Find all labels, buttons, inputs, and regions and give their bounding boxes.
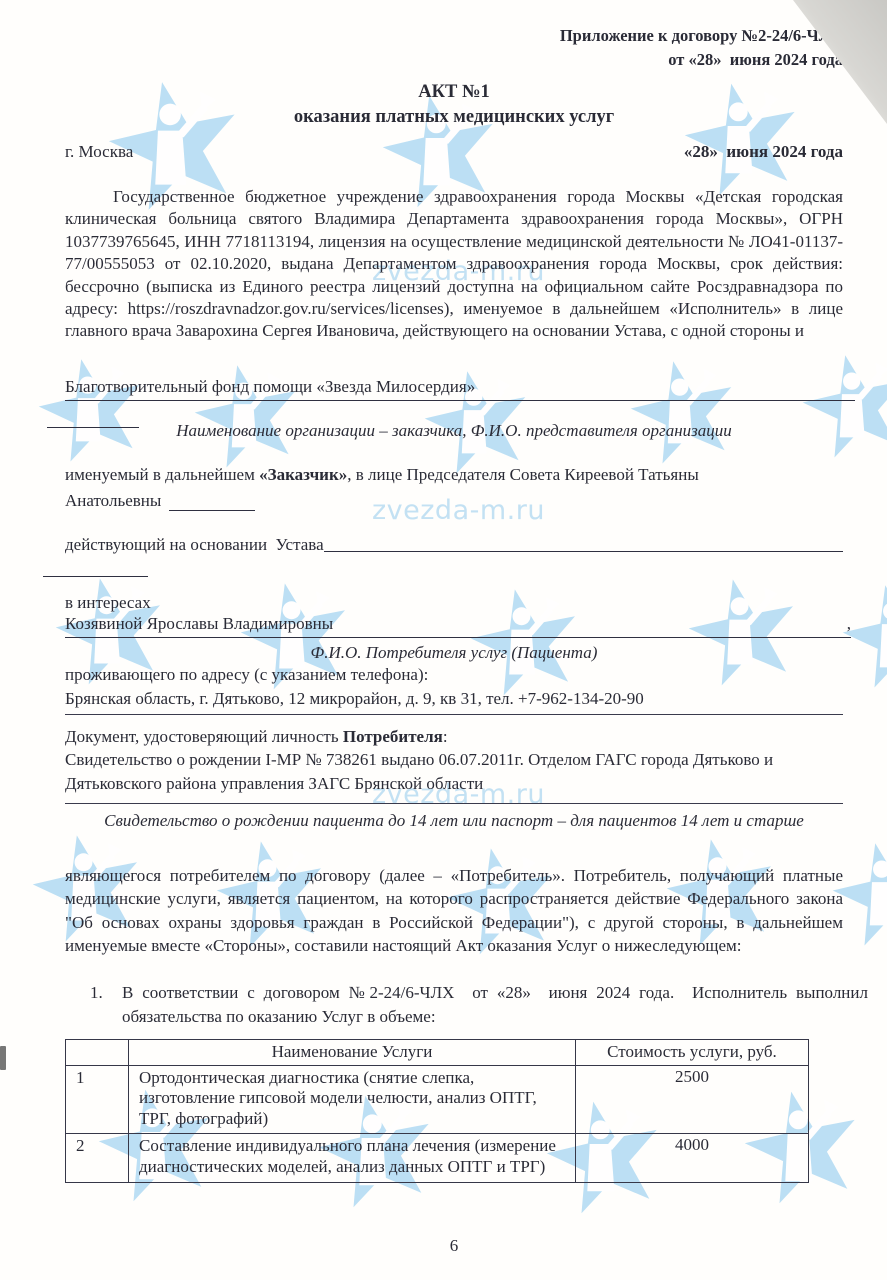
header-cell-price: Стоимость услуги, руб.	[576, 1040, 809, 1066]
blank-line	[43, 576, 148, 577]
table-row: 1 Ортодонтическая диагностика (снятие сл…	[66, 1065, 809, 1134]
divider-rule	[65, 714, 843, 715]
identity-heading-bold: Потребителя	[343, 727, 443, 746]
service-price: 2500	[576, 1065, 809, 1134]
city-date-row: г. Москва «28» июня 2024 года	[65, 142, 843, 162]
document-page: zvezda-m.ru zvezda-m.ru zvezda-m.ru Прил…	[0, 0, 887, 1280]
customer-named-prefix: именуемый в дальнейшем	[65, 465, 259, 484]
address-label: проживающего по адресу (с указанием теле…	[65, 665, 843, 685]
page-number: 6	[65, 1235, 843, 1257]
services-table: Наименование Услуги Стоимость услуги, ру…	[65, 1039, 809, 1183]
provider-paragraph: Государственное бюджетное учреждение здр…	[65, 186, 843, 343]
identity-heading: Документ, удостоверяющий личность Потреб…	[65, 727, 843, 747]
customer-named-line: именуемый в дальнейшем «Заказчик», в лиц…	[65, 462, 843, 514]
act-title-line2: оказания платных медицинских услуг	[65, 105, 843, 130]
basis-line: действующий на основании Устава	[65, 535, 843, 555]
act-item-1-text: В соответствии с договором №2-24/6-ЧЛХ о…	[122, 981, 868, 1029]
customer-org-line: Благотворительный фонд помощи «Звезда Ми…	[65, 377, 855, 401]
act-item-1: 1. В соответствии с договором №2-24/6-ЧЛ…	[65, 981, 868, 1029]
patient-name: Козявиной Ярославы Владимировны	[65, 614, 333, 634]
customer-representative: Анатольевны	[65, 488, 161, 514]
customer-org-caption: Наименование организации – заказчика, Ф.…	[65, 419, 843, 443]
appendix-line2: от «28» июня 2024 года	[65, 48, 843, 72]
customer-named-suffix: , в лице Председателя Совета Киреевой Та…	[347, 465, 698, 484]
customer-role: «Заказчик»	[259, 465, 347, 484]
patient-name-line: Козявиной Ярославы Владимировны ,	[65, 614, 851, 638]
basis-label: действующий на основании Устава	[65, 535, 324, 555]
identity-heading-prefix: Документ, удостоверяющий личность	[65, 727, 343, 746]
act-item-1-number: 1.	[90, 981, 122, 1029]
row-number: 1	[66, 1065, 129, 1134]
consumer-paragraph: являющегося потребителем по договору (да…	[65, 864, 843, 958]
appendix-note: Приложение к договору №2-24/6-ЧЛХ от «28…	[65, 24, 843, 71]
service-price: 4000	[576, 1134, 809, 1182]
act-date: «28» июня 2024 года	[684, 142, 843, 162]
service-name: Составление индивидуального плана лечени…	[129, 1134, 576, 1182]
interests-label: в интересах	[65, 593, 843, 613]
header-cell-number	[66, 1040, 129, 1066]
row-number: 2	[66, 1134, 129, 1182]
identity-detail-line1: Свидетельство о рождении I-МР № 738261 в…	[65, 750, 843, 770]
patient-name-comma: ,	[847, 614, 851, 634]
document-content: Приложение к договору №2-24/6-ЧЛХ от «28…	[65, 0, 843, 1280]
divider-rule	[65, 803, 843, 804]
table-row: 2 Составление индивидуального плана лече…	[66, 1134, 809, 1182]
appendix-line1: Приложение к договору №2-24/6-ЧЛХ	[65, 24, 843, 48]
patient-caption: Ф.И.О. Потребителя услуг (Пациента)	[65, 641, 843, 665]
identity-caption: Свидетельство о рождении пациента до 14 …	[65, 809, 843, 833]
identity-detail-line2: Дятьковского района управления ЗАГС Брян…	[65, 774, 843, 794]
identity-heading-suffix: :	[443, 727, 448, 746]
service-name: Ортодонтическая диагностика (снятие слеп…	[129, 1065, 576, 1134]
act-title-line1: АКТ №1	[65, 80, 843, 105]
table-header-row: Наименование Услуги Стоимость услуги, ру…	[66, 1040, 809, 1066]
customer-org-name: Благотворительный фонд помощи «Звезда Ми…	[65, 377, 475, 397]
header-cell-service: Наименование Услуги	[129, 1040, 576, 1066]
act-title: АКТ №1 оказания платных медицинских услу…	[65, 80, 843, 130]
address-line: Брянская область, г. Дятьково, 12 микрор…	[65, 689, 843, 709]
city-label: г. Москва	[65, 142, 133, 162]
scan-artifact	[0, 1046, 6, 1070]
